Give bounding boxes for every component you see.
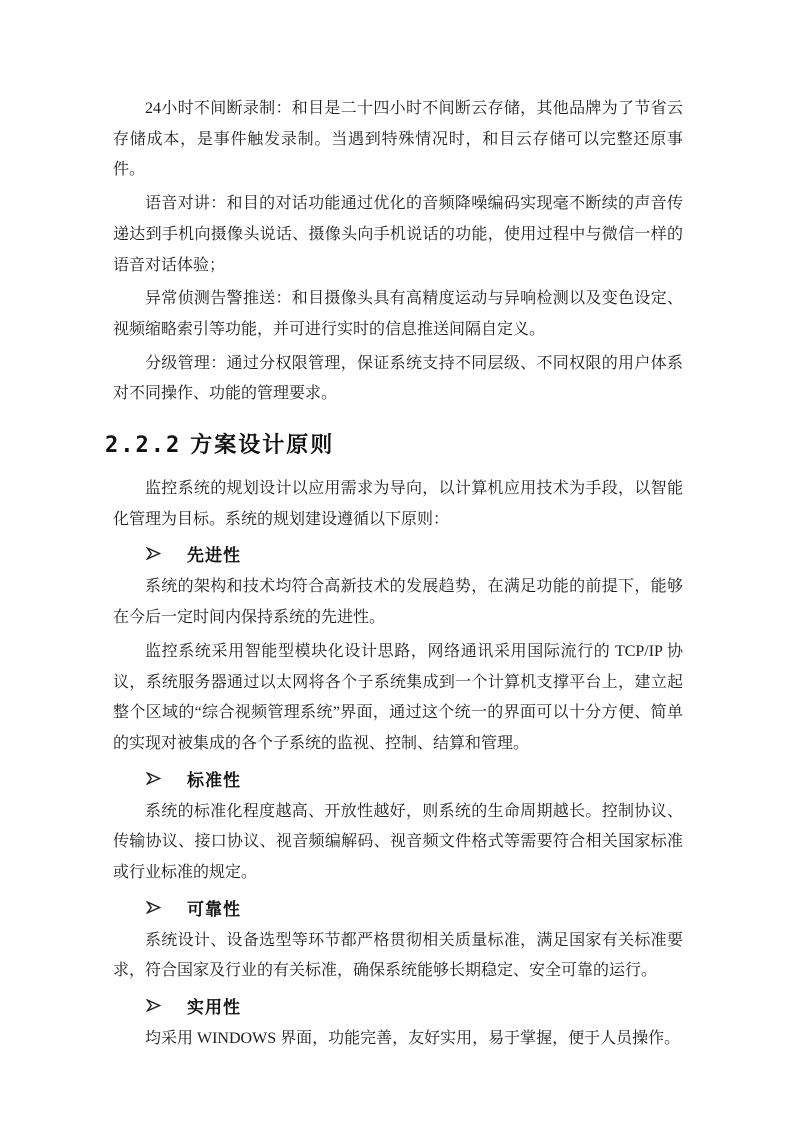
- bullet-label-standardization: 标准性: [187, 766, 241, 791]
- paragraph-practicality-1: 均采用 WINDOWS 界面，功能完善，友好实用，易于掌握，便于人员操作。: [113, 1024, 683, 1055]
- paragraph-reliability-1: 系统设计、设备选型等环节都严格贯彻相关质量标准，满足国家有关标准要求，符合国家及…: [113, 926, 683, 987]
- paragraph-advancement-1: 系统的架构和技术均符合高新技术的发展趋势，在满足功能的前提下，能够在今后一定时间…: [113, 572, 683, 633]
- bullet-item-advancement: 先进性: [113, 538, 683, 569]
- arrowhead-right-icon: [146, 547, 161, 560]
- paragraph-planning-intro: 监控系统的规划设计以应用需求为导向，以计算机应用技术为手段，以智能化管理为目标。…: [113, 474, 683, 535]
- paragraph-advancement-2: 监控系统采用智能型模块化设计思路，网络通讯采用国际流行的 TCP/IP 协议，系…: [113, 637, 683, 760]
- paragraph-anomaly-alert-push: 异常侦测告警推送：和目摄像头具有高精度运动与异响检测以及变色设定、视频缩略索引等…: [113, 284, 683, 345]
- arrowhead-right-icon: [146, 999, 161, 1012]
- paragraph-24h-recording: 24小时不间断录制：和目是二十四小时不间断云存储，其他品牌为了节省云存储成本，是…: [113, 94, 683, 186]
- document-page: 24小时不间断录制：和目是二十四小时不间断云存储，其他品牌为了节省云存储成本，是…: [0, 0, 793, 1122]
- paragraph-standardization-1: 系统的标准化程度越高、开放性越好，则系统的生命周期越长。控制协议、传输协议、接口…: [113, 797, 683, 889]
- bullet-item-reliability: 可靠性: [113, 892, 683, 923]
- heading-number: 2.2.2: [105, 433, 181, 458]
- bullet-item-practicality: 实用性: [113, 990, 683, 1021]
- bullet-label-practicality: 实用性: [187, 993, 241, 1018]
- bullet-item-standardization: 标准性: [113, 763, 683, 794]
- bullet-label-reliability: 可靠性: [187, 895, 241, 920]
- section-heading: 2.2.2方案设计原则: [105, 430, 683, 461]
- arrowhead-right-icon: [146, 772, 161, 785]
- paragraph-tiered-management: 分级管理：通过分权限管理，保证系统支持不同层级、不同权限的用户体系对不同操作、功…: [113, 349, 683, 410]
- page-content: 24小时不间断录制：和目是二十四小时不间断云存储，其他品牌为了节省云存储成本，是…: [113, 94, 683, 1058]
- paragraph-voice-intercom: 语音对讲：和目的对话功能通过优化的音频降噪编码实现毫不断续的声音传递达到手机向摄…: [113, 189, 683, 281]
- heading-title: 方案设计原则: [190, 432, 334, 457]
- bullet-label-advancement: 先进性: [187, 541, 241, 566]
- arrowhead-right-icon: [146, 901, 161, 914]
